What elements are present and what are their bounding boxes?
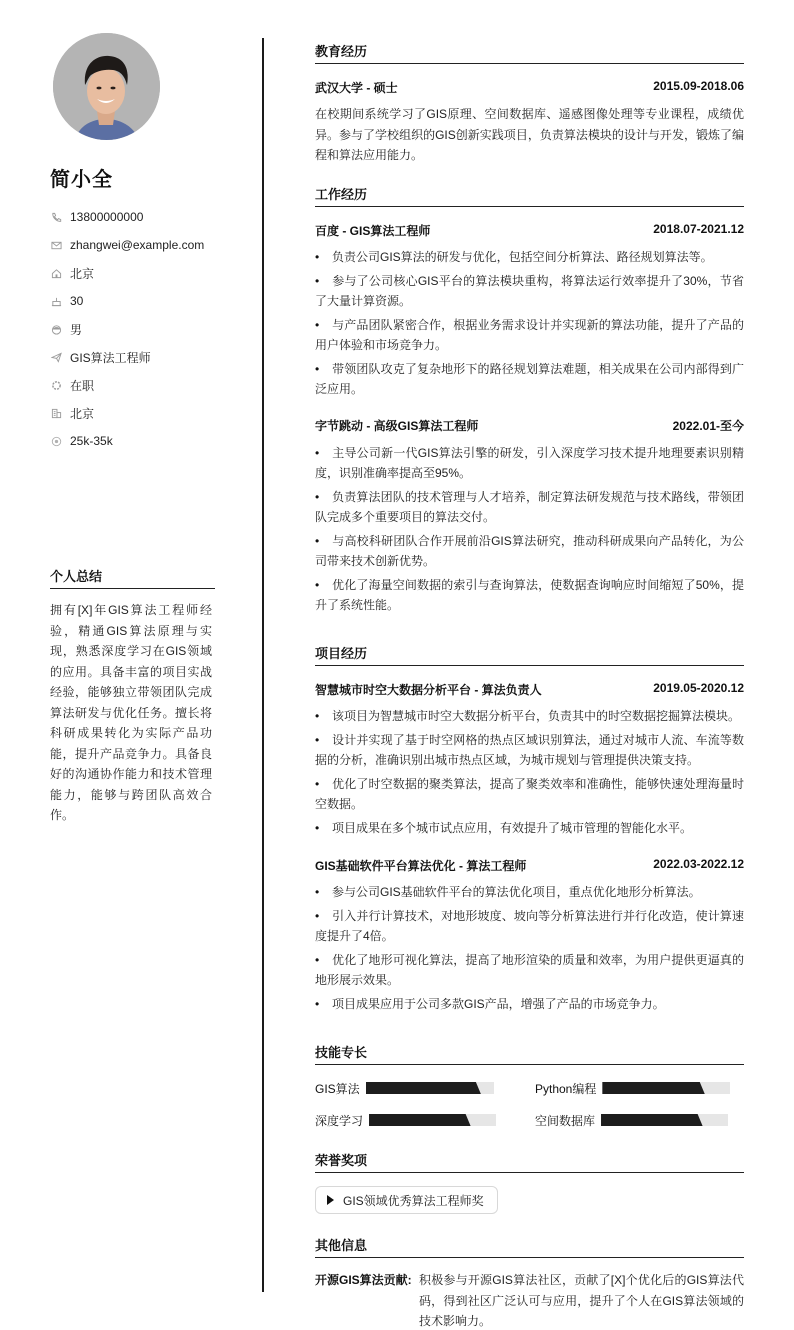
contact-salary: 25k-35k: [50, 427, 250, 455]
contact-gender: 男: [50, 315, 250, 343]
gender-icon: [50, 323, 62, 335]
phone-icon: [50, 211, 62, 223]
education-description: 在校期间系统学习了GIS原理、空间数据库、遥感图像处理等专业课程，成绩优异。参与…: [315, 104, 744, 166]
list-item: 引入并行计算技术，对地形坡度、坡向等分析算法进行并行化改造，使计算速度提升了4倍…: [315, 906, 744, 946]
column-divider: [262, 38, 264, 1292]
section-title-work: 工作经历: [315, 184, 744, 207]
contact-status: 在职: [50, 371, 250, 399]
list-item: 优化了地形可视化算法，提高了地形渲染的质量和效率，为用户提供更逼真的地形展示效果…: [315, 950, 744, 990]
candidate-name: 简小全: [50, 163, 113, 192]
list-item: 带领团队攻克了复杂地形下的路径规划算法难题，相关成果在公司内部得到广泛应用。: [315, 359, 744, 399]
education-school: 武汉大学 - 硕士: [315, 79, 398, 96]
gender-value: 男: [70, 321, 82, 338]
list-item: 该项目为智慧城市时空大数据分析平台，负责其中的时空数据挖掘算法模块。: [315, 706, 744, 726]
list-item: 负责公司GIS算法的研发与优化，包括空间分析算法、路径规划算法等。: [315, 247, 744, 267]
summary-title: 个人总结: [50, 566, 215, 589]
work-period: 2022.01-至今: [673, 417, 744, 434]
other-info-row: 开源GIS算法贡献: 积极参与开源GIS算法社区，贡献了[X]个优化后的GIS算…: [315, 1270, 744, 1330]
location-value: 北京: [70, 265, 94, 282]
work-org: 字节跳动 - 高级GIS算法工程师: [315, 417, 478, 434]
work-item-header: 百度 - GIS算法工程师 2018.07-2021.12: [315, 222, 744, 239]
skill-bar: [602, 1082, 730, 1094]
other-info-value: 积极参与开源GIS算法社区，贡献了[X]个优化后的GIS算法代码，得到社区广泛认…: [419, 1270, 744, 1330]
mail-icon: [50, 239, 62, 251]
skill-bar-fill: [366, 1082, 481, 1094]
education-period: 2015.09-2018.06: [653, 79, 744, 96]
cake-icon: [50, 295, 62, 307]
list-item: 项目成果应用于公司多款GIS产品，增强了产品的市场竞争力。: [315, 994, 744, 1014]
contact-email: zhangwei@example.com: [50, 231, 250, 259]
contact-age: 30: [50, 287, 250, 315]
project-bullets: 该项目为智慧城市时空大数据分析平台，负责其中的时空数据挖掘算法模块。 设计并实现…: [315, 706, 744, 842]
contact-phone: 13800000000: [50, 203, 250, 231]
skill-bar: [601, 1114, 728, 1126]
skill-item: 空间数据库: [535, 1112, 728, 1128]
skill-bar: [369, 1114, 496, 1126]
list-item: 优化了时空数据的聚类算法，提高了聚类效率和准确性，能够快速处理海量时空数据。: [315, 774, 744, 814]
city-value: 北京: [70, 405, 94, 422]
list-item: 与产品团队紧密合作，根据业务需求设计并实现新的算法功能，提升了产品的用户体验和市…: [315, 315, 744, 355]
contact-list: 13800000000 zhangwei@example.com 北京 30 男…: [50, 203, 250, 455]
contact-city: 北京: [50, 399, 250, 427]
section-title-projects: 项目经历: [315, 643, 744, 666]
award-label: GIS领域优秀算法工程师奖: [343, 1192, 484, 1209]
work-period: 2018.07-2021.12: [653, 222, 744, 239]
avatar-photo: [53, 33, 160, 140]
position-value: GIS算法工程师: [70, 349, 151, 366]
skill-bar-fill: [369, 1114, 471, 1126]
email-value: zhangwei@example.com: [70, 238, 204, 252]
age-value: 30: [70, 294, 83, 308]
skill-item: GIS算法: [315, 1080, 494, 1096]
skill-label: Python编程: [535, 1080, 596, 1097]
other-info-key: 开源GIS算法贡献:: [315, 1270, 419, 1330]
award-toggle[interactable]: GIS领域优秀算法工程师奖: [315, 1186, 498, 1214]
project-bullets: 参与公司GIS基础软件平台的算法优化项目，重点优化地形分析算法。 引入并行计算技…: [315, 882, 744, 1018]
skill-bar-fill: [601, 1114, 703, 1126]
project-period: 2019.05-2020.12: [653, 681, 744, 698]
skill-item: Python编程: [535, 1080, 730, 1096]
project-name: GIS基础软件平台算法优化 - 算法工程师: [315, 857, 526, 874]
list-item: 设计并实现了基于时空网格的热点区域识别算法，通过对城市人流、车流等数据的分析，准…: [315, 730, 744, 770]
work-bullets: 负责公司GIS算法的研发与优化，包括空间分析算法、路径规划算法等。 参与了公司核…: [315, 247, 744, 403]
skill-label: GIS算法: [315, 1080, 360, 1097]
project-name: 智慧城市时空大数据分析平台 - 算法负责人: [315, 681, 542, 698]
section-title-education: 教育经历: [315, 41, 744, 64]
salary-icon: [50, 435, 62, 447]
project-item-header: 智慧城市时空大数据分析平台 - 算法负责人 2019.05-2020.12: [315, 681, 744, 698]
home-icon: [50, 267, 62, 279]
work-org: 百度 - GIS算法工程师: [315, 222, 430, 239]
building-icon: [50, 407, 62, 419]
avatar: [53, 33, 160, 140]
skill-bar-fill: [602, 1082, 704, 1094]
status-value: 在职: [70, 377, 94, 394]
list-item: 主导公司新一代GIS算法引擎的研发，引入深度学习技术提升地理要素识别精度，识别准…: [315, 443, 744, 483]
send-icon: [50, 351, 62, 363]
list-item: 优化了海量空间数据的索引与查询算法，使数据查询响应时间缩短了50%，提升了系统性…: [315, 575, 744, 615]
list-item: 参与了公司核心GIS平台的算法模块重构，将算法运行效率提升了30%，节省了大量计…: [315, 271, 744, 311]
education-item-header: 武汉大学 - 硕士 2015.09-2018.06: [315, 79, 744, 96]
status-icon: [50, 379, 62, 391]
list-item: 与高校科研团队合作开展前沿GIS算法研究，推动科研成果向产品转化，为公司带来技术…: [315, 531, 744, 571]
summary-text: 拥有[X]年GIS算法工程师经验，精通GIS算法原理与实现，熟悉深度学习在GIS…: [50, 600, 212, 826]
section-title-honors: 荣誉奖项: [315, 1150, 744, 1173]
work-item-header: 字节跳动 - 高级GIS算法工程师 2022.01-至今: [315, 417, 744, 434]
contact-location: 北京: [50, 259, 250, 287]
skill-label: 深度学习: [315, 1112, 363, 1129]
play-triangle-icon: [327, 1195, 334, 1205]
skill-item: 深度学习: [315, 1112, 496, 1128]
project-period: 2022.03-2022.12: [653, 857, 744, 874]
list-item: 参与公司GIS基础软件平台的算法优化项目，重点优化地形分析算法。: [315, 882, 744, 902]
section-title-other: 其他信息: [315, 1235, 744, 1258]
skill-label: 空间数据库: [535, 1112, 595, 1129]
salary-value: 25k-35k: [70, 434, 113, 448]
section-title-skills: 技能专长: [315, 1042, 744, 1065]
project-item-header: GIS基础软件平台算法优化 - 算法工程师 2022.03-2022.12: [315, 857, 744, 874]
list-item: 项目成果在多个城市试点应用，有效提升了城市管理的智能化水平。: [315, 818, 744, 838]
phone-value: 13800000000: [70, 210, 143, 224]
skill-bar: [366, 1082, 494, 1094]
list-item: 负责算法团队的技术管理与人才培养，制定算法研发规范与技术路线，带领团队完成多个重…: [315, 487, 744, 527]
contact-position: GIS算法工程师: [50, 343, 250, 371]
work-bullets: 主导公司新一代GIS算法引擎的研发，引入深度学习技术提升地理要素识别精度，识别准…: [315, 443, 744, 619]
